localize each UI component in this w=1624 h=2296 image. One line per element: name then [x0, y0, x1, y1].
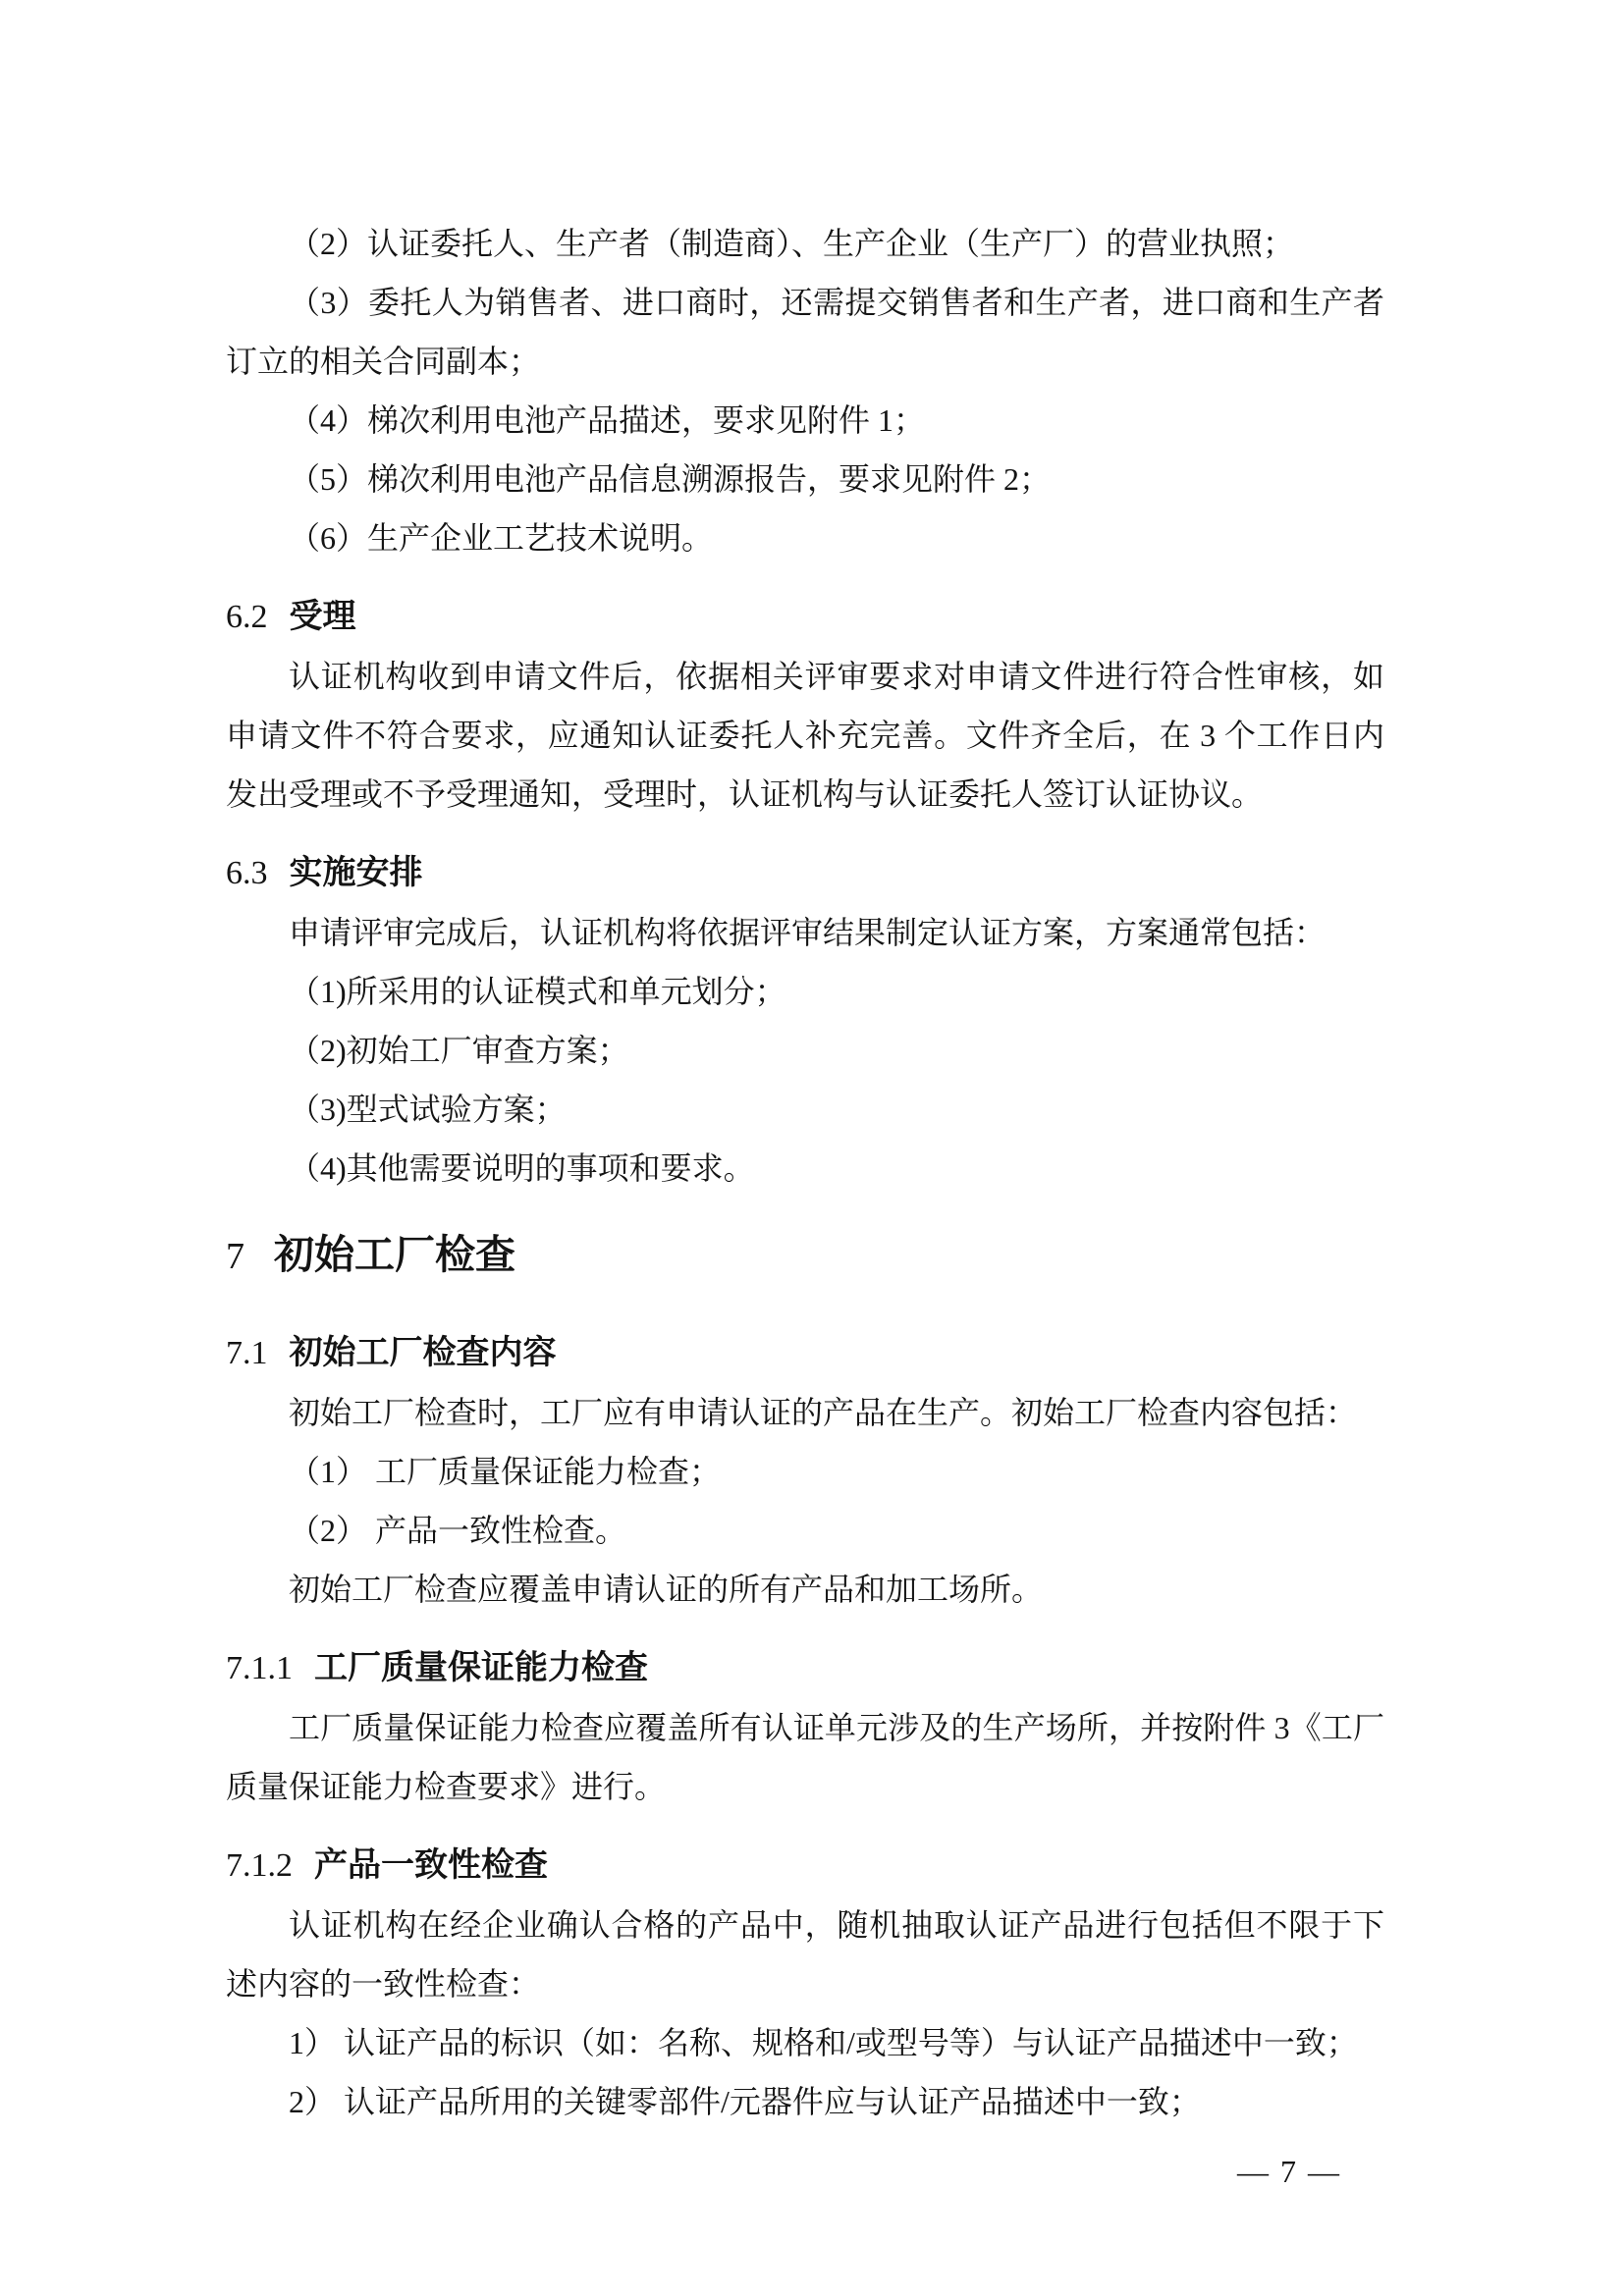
section-number: 6.3 — [226, 855, 268, 891]
section-title: 工厂质量保证能力检查 — [314, 1649, 648, 1686]
list-item: （2)初始工厂审查方案； — [226, 1021, 1384, 1080]
paragraph: 初始工厂检查时，工厂应有申请认证的产品在生产。初始工厂检查内容包括： — [226, 1383, 1384, 1442]
list-item: （3)型式试验方案； — [226, 1080, 1384, 1139]
list-item: （1） 工厂质量保证能力检查； — [226, 1442, 1384, 1501]
paragraph: 认证机构在经企业确认合格的产品中，随机抽取认证产品进行包括但不限于下述内容的一致… — [226, 1896, 1384, 2013]
section-title: 实施安排 — [290, 854, 423, 891]
list-item: （5）梯次利用电池产品信息溯源报告，要求见附件 2； — [226, 450, 1384, 508]
page-number: — 7 — — [1237, 2152, 1341, 2191]
paragraph: 工厂质量保证能力检查应覆盖所有认证单元涉及的生产场所，并按附件 3《工厂质量保证… — [226, 1698, 1384, 1816]
chapter-heading-7: 7初始工厂检查 — [226, 1213, 1384, 1298]
section-number: 7.1.1 — [226, 1650, 293, 1686]
section-heading-6-2: 6.2受理 — [226, 587, 1384, 647]
section-title: 产品一致性检查 — [314, 1846, 548, 1884]
document-page: （2）认证委托人、生产者（制造商）、生产企业（生产厂）的营业执照； （3）委托人… — [0, 0, 1624, 2296]
paragraph: 认证机构收到申请文件后，依据相关评审要求对申请文件进行符合性审核，如申请文件不符… — [226, 647, 1384, 824]
list-item: （4）梯次利用电池产品描述，要求见附件 1； — [226, 391, 1384, 450]
list-item: （3）委托人为销售者、进口商时，还需提交销售者和生产者，进口商和生产者订立的相关… — [226, 273, 1384, 391]
section-title: 受理 — [290, 598, 356, 635]
list-item: （2） 产品一致性检查。 — [226, 1501, 1384, 1560]
paragraph: 申请评审完成后，认证机构将依据评审结果制定认证方案，方案通常包括： — [226, 903, 1384, 962]
section-number: 7.1.2 — [226, 1847, 293, 1884]
section-heading-7-1-1: 7.1.1工厂质量保证能力检查 — [226, 1638, 1384, 1698]
list-item: 2） 认证产品所用的关键零部件/元器件应与认证产品描述中一致； — [226, 2072, 1384, 2131]
paragraph: 初始工厂检查应覆盖申请认证的所有产品和加工场所。 — [226, 1560, 1384, 1619]
section-number: 7 — [226, 1236, 244, 1277]
list-item: （2）认证委托人、生产者（制造商）、生产企业（生产厂）的营业执照； — [226, 214, 1384, 273]
section-number: 7.1 — [226, 1335, 268, 1371]
section-number: 6.2 — [226, 599, 268, 635]
section-title: 初始工厂检查 — [274, 1232, 515, 1277]
section-heading-7-1: 7.1初始工厂检查内容 — [226, 1323, 1384, 1383]
list-item: （1)所采用的认证模式和单元划分； — [226, 962, 1384, 1021]
section-title: 初始工厂检查内容 — [290, 1334, 557, 1371]
list-item: （4)其他需要说明的事项和要求。 — [226, 1139, 1384, 1198]
section-heading-6-3: 6.3实施安排 — [226, 843, 1384, 903]
list-item: 1） 认证产品的标识（如：名称、规格和/或型号等）与认证产品描述中一致； — [226, 2013, 1384, 2072]
section-heading-7-1-2: 7.1.2产品一致性检查 — [226, 1836, 1384, 1896]
list-item: （6）生产企业工艺技术说明。 — [226, 508, 1384, 567]
